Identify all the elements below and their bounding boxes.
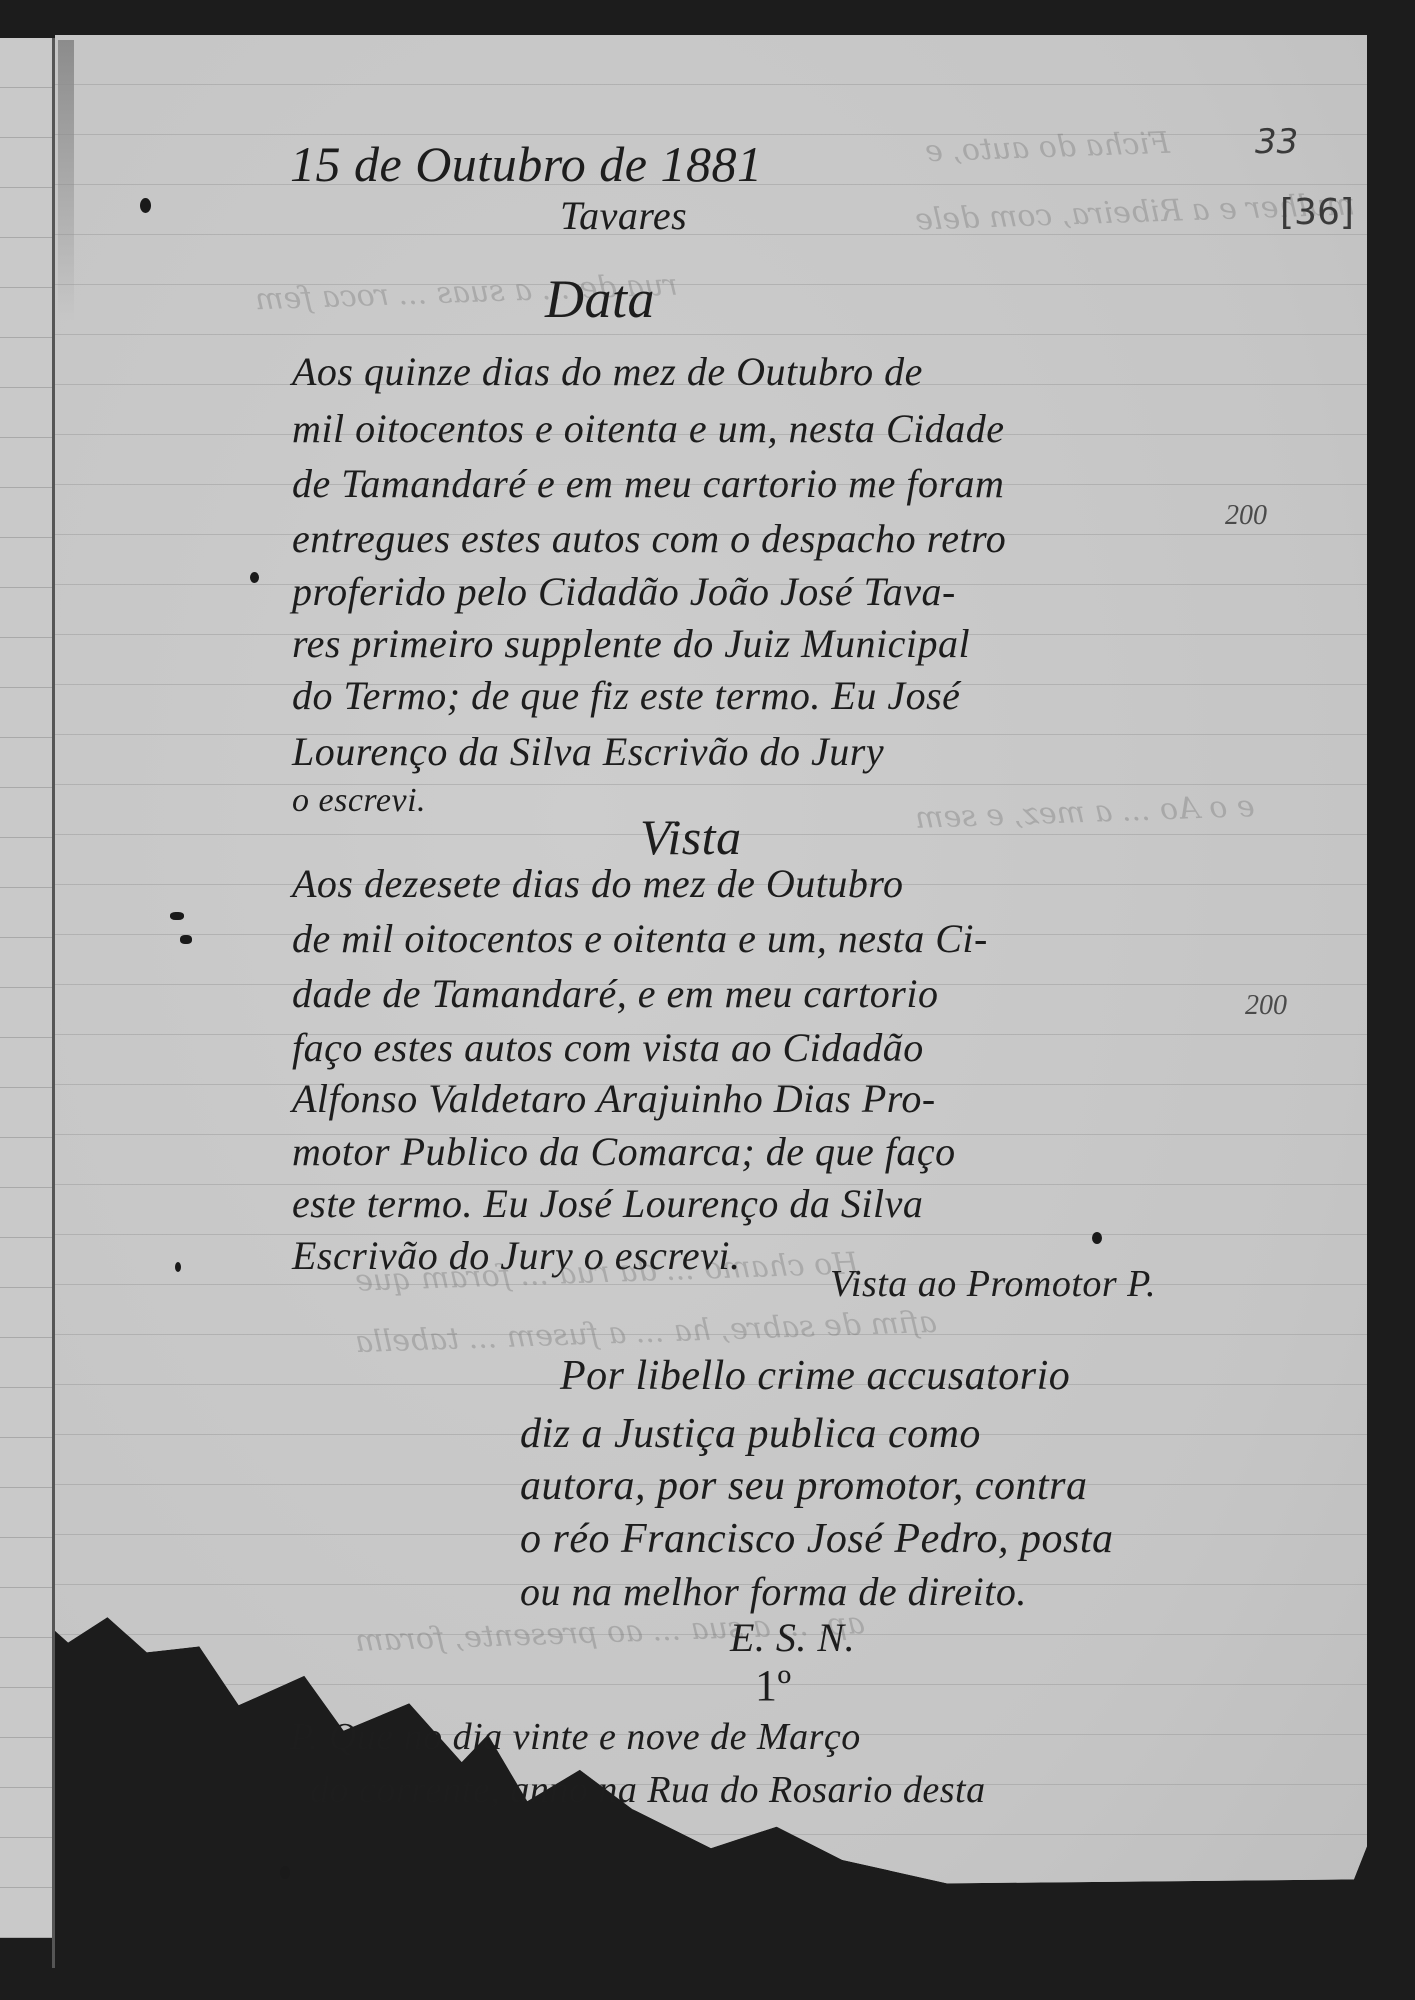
previous-sheet-edge <box>0 38 52 1938</box>
ink-blot <box>280 1866 290 1879</box>
bleed-through-text: Ficha do auto, e <box>924 126 1170 170</box>
section-heading-data: Data <box>545 268 655 330</box>
article-line: do corrente, anno na Rua do Rosario dest… <box>310 1768 986 1812</box>
text-line: mil oitocentos e oitenta e um, nesta Cid… <box>292 405 1005 452</box>
ink-blot <box>250 572 259 583</box>
ink-blot <box>140 198 151 213</box>
text-line: Lourenço da Silva Escrivão do Jury <box>292 728 884 775</box>
bleed-through-text: e o Ao ... a mez, e sem <box>914 789 1255 836</box>
text-line: motor Publico da Comarca; de que faço <box>292 1128 956 1175</box>
text-line: dade de Tamandaré, e em meu cartorio <box>292 970 938 1017</box>
text-line: proferido pelo Cidadão João José Tava- <box>292 568 956 615</box>
margin-note: 200 <box>1225 500 1267 532</box>
ink-blot <box>1092 1232 1102 1244</box>
name-heading: Tavares <box>560 192 687 239</box>
text-line: res primeiro supplente do Juiz Municipal <box>292 620 970 667</box>
text-line: entregues estes autos com o despacho ret… <box>292 515 1006 562</box>
section-heading-vista: Vista <box>640 808 742 866</box>
libelo-line: Por libello crime accusatorio <box>560 1352 1070 1400</box>
article-number: 1º <box>755 1660 792 1711</box>
archive-page-number: [36] <box>1280 192 1354 233</box>
text-line: de Tamandaré e em meu cartorio me foram <box>292 460 1004 507</box>
text-line: este termo. Eu José Lourenço da Silva <box>292 1180 923 1227</box>
ink-blot <box>180 935 192 944</box>
text-line: Escrivão do Jury o escrevi. <box>292 1232 741 1279</box>
date-heading: 15 de Outubro de 1881 <box>290 135 763 193</box>
signoff-esn: E. S. N. <box>730 1614 855 1661</box>
libelo-line: o réo Francisco José Pedro, posta <box>520 1515 1114 1563</box>
libelo-line: ou na melhor forma de direito. <box>520 1568 1027 1615</box>
text-line: faço estes autos com vista ao Cidadão <box>292 1024 924 1071</box>
vista-closing: Vista ao Promotor P. <box>830 1262 1156 1306</box>
text-line: o escrevi. <box>292 782 426 820</box>
binding-line <box>52 38 55 1968</box>
text-line: Aos quinze dias do mez de Outubro de <box>292 348 923 395</box>
folio-number: 33 <box>1255 122 1298 162</box>
libelo-line: autora, por seu promotor, contra <box>520 1462 1087 1510</box>
article-line: P. Que no dia vinte e nove de Março <box>290 1715 861 1759</box>
ink-blot <box>175 1262 181 1272</box>
margin-note: 200 <box>1245 990 1287 1022</box>
scanned-image: Ficha do auto, e mulher e a Ribeira, com… <box>0 0 1415 2000</box>
text-line: de mil oitocentos e oitenta e um, nesta … <box>292 915 988 962</box>
text-line: Alfonso Valdetaro Arajuinho Dias Pro- <box>292 1075 936 1122</box>
text-line: Aos dezesete dias do mez de Outubro <box>292 860 903 907</box>
libelo-line: diz a Justiça publica como <box>520 1410 981 1458</box>
ink-blot <box>170 912 184 920</box>
binding-shadow <box>58 40 74 320</box>
text-line: do Termo; de que fiz este termo. Eu José <box>292 672 960 719</box>
